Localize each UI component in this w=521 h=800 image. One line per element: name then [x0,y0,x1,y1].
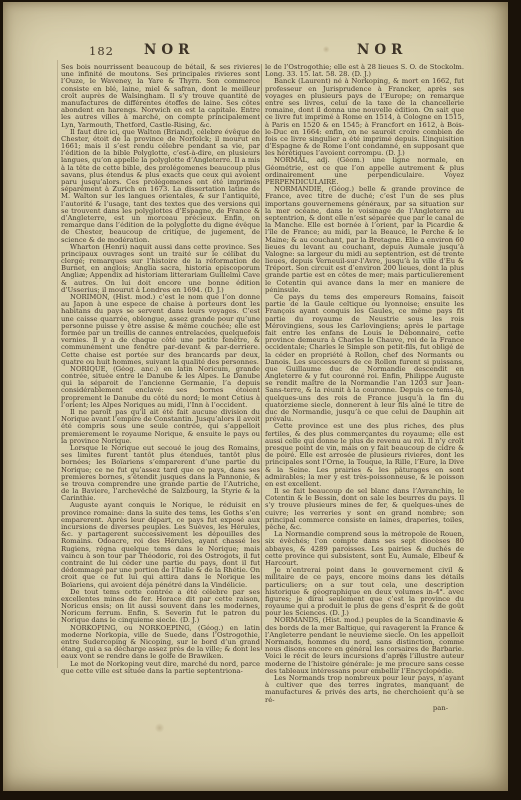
paragraph: Il ne paroît pas qu’il ait été fait aucu… [61,409,260,445]
paragraph: Il se fait beaucoup de sel blanc dans l’… [265,488,464,531]
scanned-book-photo: 182 NOR NOR Ses bois nourrissent beaucou… [0,0,521,800]
paragraph: Il faut dire ici, que Walton (Briand), c… [61,129,260,244]
column-divider-rule [261,64,262,650]
running-head-right: NOR [357,42,407,58]
paragraph: De tout tems cette contrée a été célebre… [61,589,260,625]
paragraph: Les Normands trop nombreux pour leur pay… [265,675,464,704]
paragraph: Banck (Laurent) né à Norkoping, & mort e… [265,78,464,157]
paragraph: Auguste ayant conquis le Norique, le réd… [61,502,260,588]
paragraph: Le mot de Norkoping veut dire, marché du… [61,661,260,675]
text-column-left: Ses bois nourrissent beaucoup de bétail,… [61,64,260,675]
text-column-right: le de l’Ostrogothie; elle est à 28 lieue… [265,64,464,712]
paragraph: NORKOPING, ou NORKOEPING, (Géog.) en lat… [61,625,260,661]
paragraph: Ce pays du tems des empereurs Romains, f… [265,294,464,423]
paragraph: Lorsque le Norique eut secoué le joug de… [61,445,260,503]
paragraph: NORMANDS, (Hist. mod.) peuples de la Sca… [265,617,464,675]
paragraph: Cette province est une des plus riches, … [265,423,464,488]
paragraph: NORMANDIE, (Géog.) belle & grande provin… [265,186,464,294]
right-column-paragraphs: le de l’Ostrogothie; elle est à 28 lieue… [265,64,464,704]
paragraph: NORIMON, (Hist. mod.) c’est le nom que l… [61,294,260,366]
paragraph: La Normandie comprend sous la métropole … [265,531,464,567]
paragraph: NORIQUE, (Géog. anc.) en latin Noricum, … [61,366,260,409]
paragraph: Je n’entrerai point dans le gouvernement… [265,567,464,617]
catchword: pan- [265,705,464,712]
book-page: 182 NOR NOR Ses bois nourrissent beaucou… [3,2,508,791]
paragraph: Ses bois nourrissent beaucoup de bétail,… [61,64,260,129]
gutter-shadow [57,60,58,668]
running-head-left: NOR [144,42,194,58]
page-number: 182 [89,44,114,58]
paragraph: NORMAL, adj. (Géom.) une ligne normale, … [265,157,464,186]
paragraph: Wharton (Henri) naquit aussi dans cette … [61,244,260,294]
